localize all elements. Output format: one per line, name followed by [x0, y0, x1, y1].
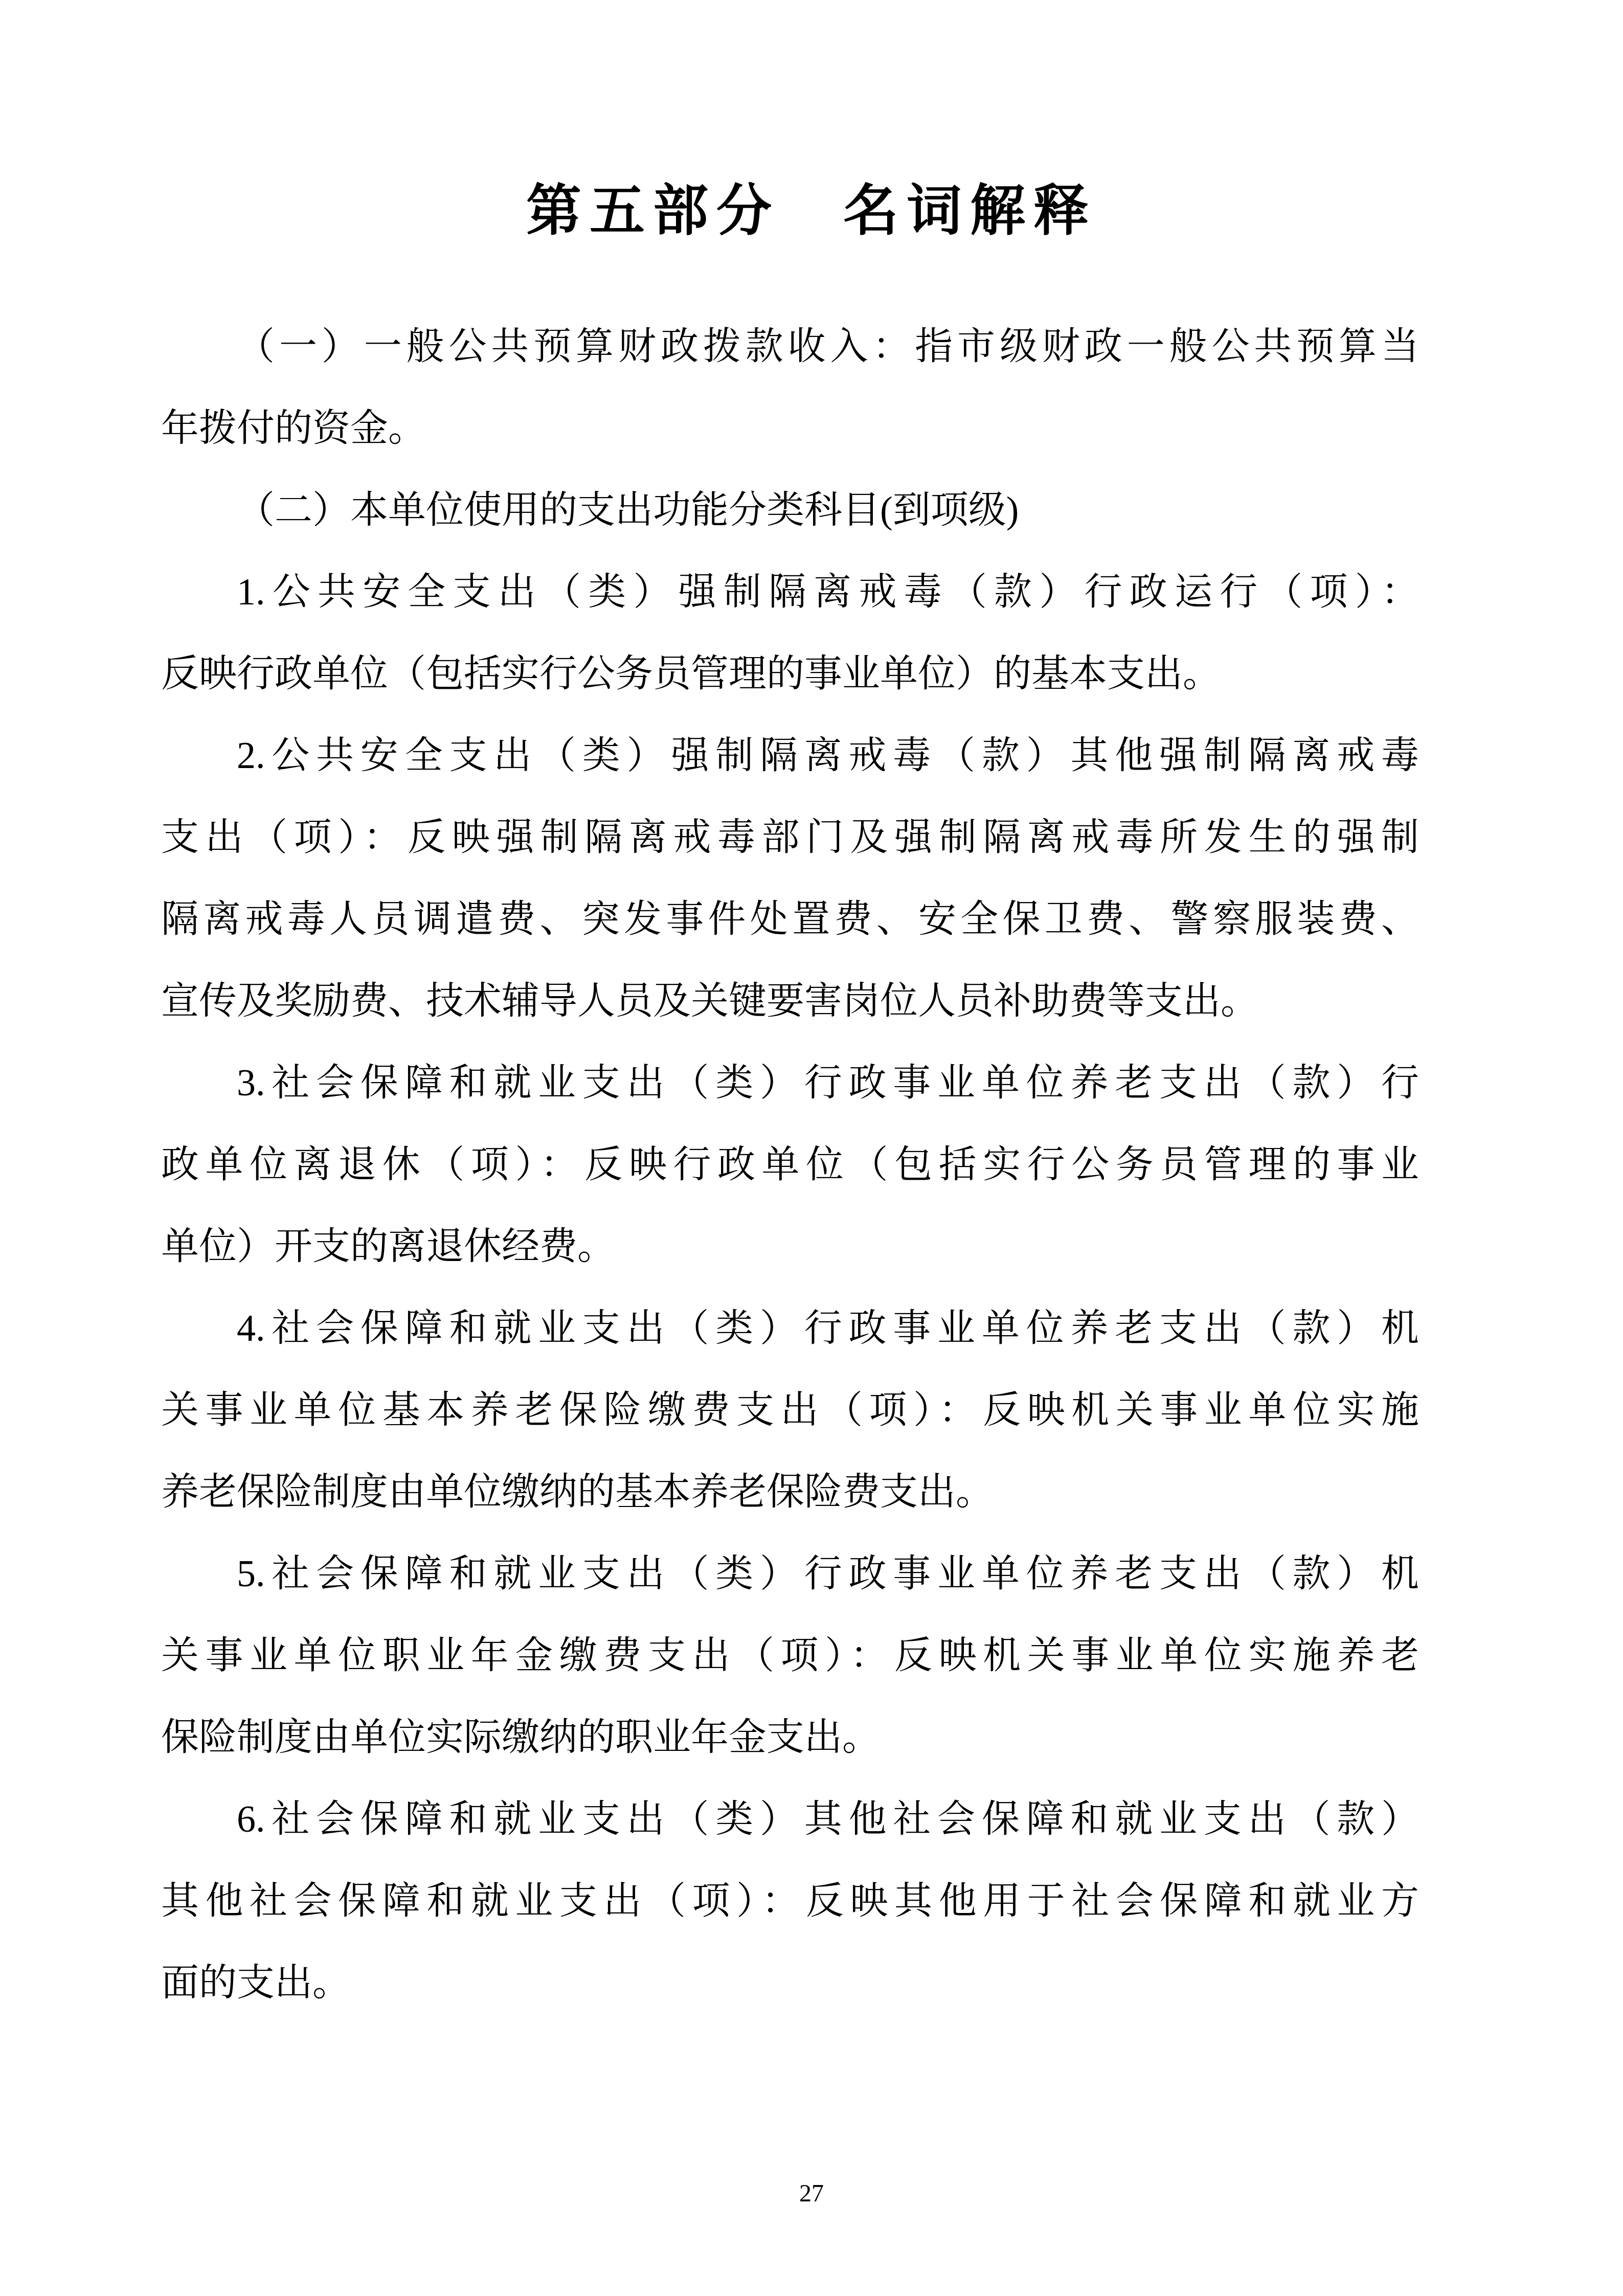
page-title: 第五部分 名词解释: [0, 176, 1623, 245]
document-page: 第五部分 名词解释 （一）一般公共预算财政拨款收入：指市级财政一般公共预算当年拨…: [0, 0, 1623, 2296]
body-line: 4.社会保障和就业支出（类）行政事业单位养老支出（款）机: [161, 1288, 1419, 1369]
body-line: 政单位离退休（项）：反映行政单位（包括实行公务员管理的事业: [161, 1124, 1419, 1206]
body-line: 支出（项）：反映强制隔离戒毒部门及强制隔离戒毒所发生的强制: [161, 797, 1419, 879]
body-text: （一）一般公共预算财政拨款收入：指市级财政一般公共预算当年拨付的资金。（二）本单…: [161, 306, 1419, 2024]
body-line: 养老保险制度由单位缴纳的基本养老保险费支出。: [161, 1451, 1419, 1533]
body-line: 关事业单位基本养老保险缴费支出（项）：反映机关事业单位实施: [161, 1369, 1419, 1451]
body-line: 关事业单位职业年金缴费支出（项）：反映机关事业单位实施养老: [161, 1615, 1419, 1697]
body-line: 面的支出。: [161, 1942, 1419, 2024]
body-line: （一）一般公共预算财政拨款收入：指市级财政一般公共预算当: [161, 306, 1419, 388]
body-line: 保险制度由单位实际缴纳的职业年金支出。: [161, 1697, 1419, 1779]
body-line: 5.社会保障和就业支出（类）行政事业单位养老支出（款）机: [161, 1533, 1419, 1615]
body-line: 3.社会保障和就业支出（类）行政事业单位养老支出（款）行: [161, 1042, 1419, 1124]
body-line: 隔离戒毒人员调遣费、突发事件处置费、安全保卫费、警察服装费、: [161, 879, 1419, 960]
body-line: 年拨付的资金。: [161, 388, 1419, 469]
body-line: 单位）开支的离退休经费。: [161, 1206, 1419, 1288]
body-line: 2.公共安全支出（类）强制隔离戒毒（款）其他强制隔离戒毒: [161, 715, 1419, 797]
page-number: 27: [0, 2179, 1623, 2208]
body-line: 6.社会保障和就业支出（类）其他社会保障和就业支出（款）: [161, 1779, 1419, 1860]
body-line: （二）本单位使用的支出功能分类科目(到项级): [161, 469, 1419, 551]
body-line: 宣传及奖励费、技术辅导人员及关键要害岗位人员补助费等支出。: [161, 960, 1419, 1042]
body-line: 1.公共安全支出（类）强制隔离戒毒（款）行政运行（项）：: [161, 551, 1419, 633]
body-line: 反映行政单位（包括实行公务员管理的事业单位）的基本支出。: [161, 633, 1419, 715]
body-line: 其他社会保障和就业支出（项）：反映其他用于社会保障和就业方: [161, 1860, 1419, 1942]
